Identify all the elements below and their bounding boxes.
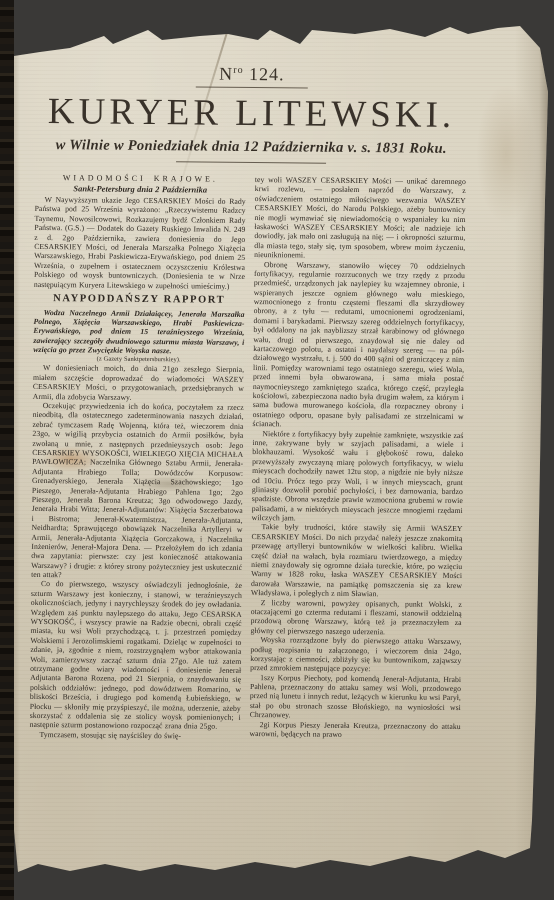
newspaper-page: Nro 124. KURYER LITEWSKI. w Wilnie w Pon…: [6, 14, 549, 882]
section-header-wiadomosci-krajowe: WIADOMOŚCI KRAJOWE.: [35, 173, 246, 185]
scanned-newspaper-view: Nro 124. KURYER LITEWSKI. w Wilnie w Pon…: [0, 0, 554, 900]
news-dateline: Sankt-Petersburg dnia 2 Października: [35, 184, 246, 196]
book-binding-strip: [0, 0, 14, 900]
news-paragraph: W Naywyższym ukazie Jego CESARSKIEY Mośc…: [34, 195, 246, 291]
article-paragraph: 1szy Korpus Piechoty, pod komendą Jenera…: [250, 673, 461, 722]
article-paragraph: Woyska rozrządzone były do pierwszego at…: [250, 635, 461, 675]
rapport-intro: Wodza Naczelnego Armii Działaiącey, Jene…: [33, 308, 244, 357]
masthead-issue-number: Nro 124.: [36, 62, 468, 87]
article-paragraph: Oczekując przywiedzenia ich do końca, po…: [31, 401, 244, 581]
issue-superscript: ro: [233, 65, 243, 76]
masthead-dateline: w Wilnie w Poniedziałek dnia 12 Paździer…: [35, 137, 467, 158]
article-paragraph: tey woli WASZEY CESARSKIEY Mości — unika…: [254, 175, 466, 262]
masthead-title: KURYER LITEWSKI.: [35, 90, 467, 137]
article-paragraph: Takie były trudności, które stawiły się …: [251, 522, 463, 599]
article-paragraph: Obronę Warszawy, stanowiło więcey 70 odd…: [253, 260, 466, 431]
article-columns: WIADOMOŚCI KRAJOWE. Sankt-Petersburg dni…: [30, 173, 467, 743]
article-paragraph: Z liczby warowni, powyżey opisanych, pun…: [251, 598, 462, 638]
left-column: WIADOMOŚCI KRAJOWE. Sankt-Petersburg dni…: [30, 173, 246, 741]
issue-prefix: N: [219, 64, 233, 84]
printed-content: Nro 124. KURYER LITEWSKI. w Wilnie w Pon…: [30, 62, 468, 743]
masthead-rule-bottom: [176, 161, 326, 163]
issue-value: 124.: [243, 64, 284, 84]
foxing-stain: [476, 84, 536, 224]
rapport-heading: NAYPODDAŃSZY RAPPORT: [34, 293, 245, 308]
article-paragraph: 2gi Korpus Pieszy Jenerała Kreutza, prze…: [250, 720, 461, 741]
article-paragraph: Co do pierwszego, wszyscy oświadczyli je…: [30, 579, 242, 731]
article-paragraph: Niektóre z fortyfikacyy były zupełnie za…: [252, 429, 464, 525]
right-column: tey woli WASZEY CESARSKIEY Mości — unika…: [250, 175, 466, 743]
masthead-rule-top: [196, 86, 308, 88]
article-paragraph: W doniesieniach moich, do dnia 21go zesz…: [33, 363, 244, 403]
